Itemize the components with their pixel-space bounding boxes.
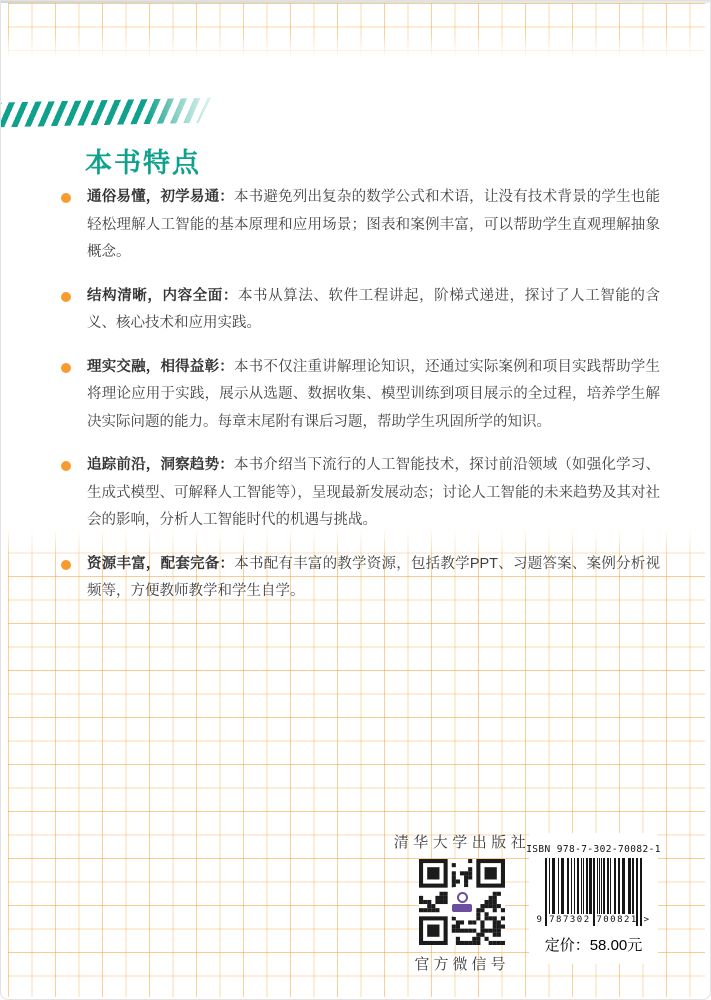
feature-lead: 追踪前沿，洞察趋势： [87,457,234,473]
publisher-name: 清华大学出版社 [394,831,531,852]
feature-lead: 通俗易懂，初学易通： [87,189,234,205]
feature-lead: 结构清晰，内容全面： [87,288,238,304]
publisher-emblem-icon [457,892,468,903]
price-label: 定价：58.00元 [545,934,643,955]
book-back-cover: 本书特点 通俗易懂，初学易通：本书避免列出复杂的数学公式和术语，让没有技术背景的… [0,0,711,1000]
feature-lead: 理实交融，相得益彰： [87,359,234,375]
diagonal-stripes-decoration [0,98,211,128]
barcode-digit-group: 787302 [549,915,591,925]
top-graph-paper-grid [8,3,705,59]
feature-lead: 资源丰富，配套完备： [87,556,234,572]
qr-center-logo [450,888,474,916]
page-title: 本书特点 [85,141,201,180]
feature-item: 通俗易懂，初学易通：本书避免列出复杂的数学公式和术语，让没有技术背景的学生也能轻… [60,184,660,267]
barcode-digit-group: 9 [537,915,544,925]
feature-item: 追踪前沿，洞察趋势：本书介绍当下流行的人工智能技术，探讨前沿领域（如强化学习、生… [60,452,660,535]
wechat-qr-code [419,859,505,945]
barcode-digits: 9 787302 700821 > [537,915,651,925]
barcode-digit-group: 700821 [596,915,638,925]
feature-item: 理实交融，相得益彰：本书不仅注重讲解理论知识，还通过实际案例和项目实践帮助学生将… [60,354,660,437]
feature-item: 结构清晰，内容全面：本书从算法、软件工程讲起，阶梯式递进，探讨了人工智能的含义、… [60,283,660,338]
publisher-banner-icon [452,904,472,912]
isbn-number: ISBN 978-7-302-70082-1 [526,844,661,855]
publisher-block: 清华大学出版社 官方微信号 [403,831,521,974]
feature-item: 资源丰富，配套完备：本书配有丰富的教学资源，包括教学PPT、习题答案、案例分析视… [60,551,660,606]
ean13-barcode: 9 787302 700821 > [537,858,651,930]
page-top-edge [1,1,710,3]
feature-list: 通俗易懂，初学易通：本书避免列出复杂的数学公式和术语，让没有技术背景的学生也能轻… [60,184,660,622]
barcode-digit-group: > [644,915,651,925]
qr-caption: 官方微信号 [414,953,509,974]
isbn-barcode-box: ISBN 978-7-302-70082-1 9 787302 700821 >… [529,833,658,964]
